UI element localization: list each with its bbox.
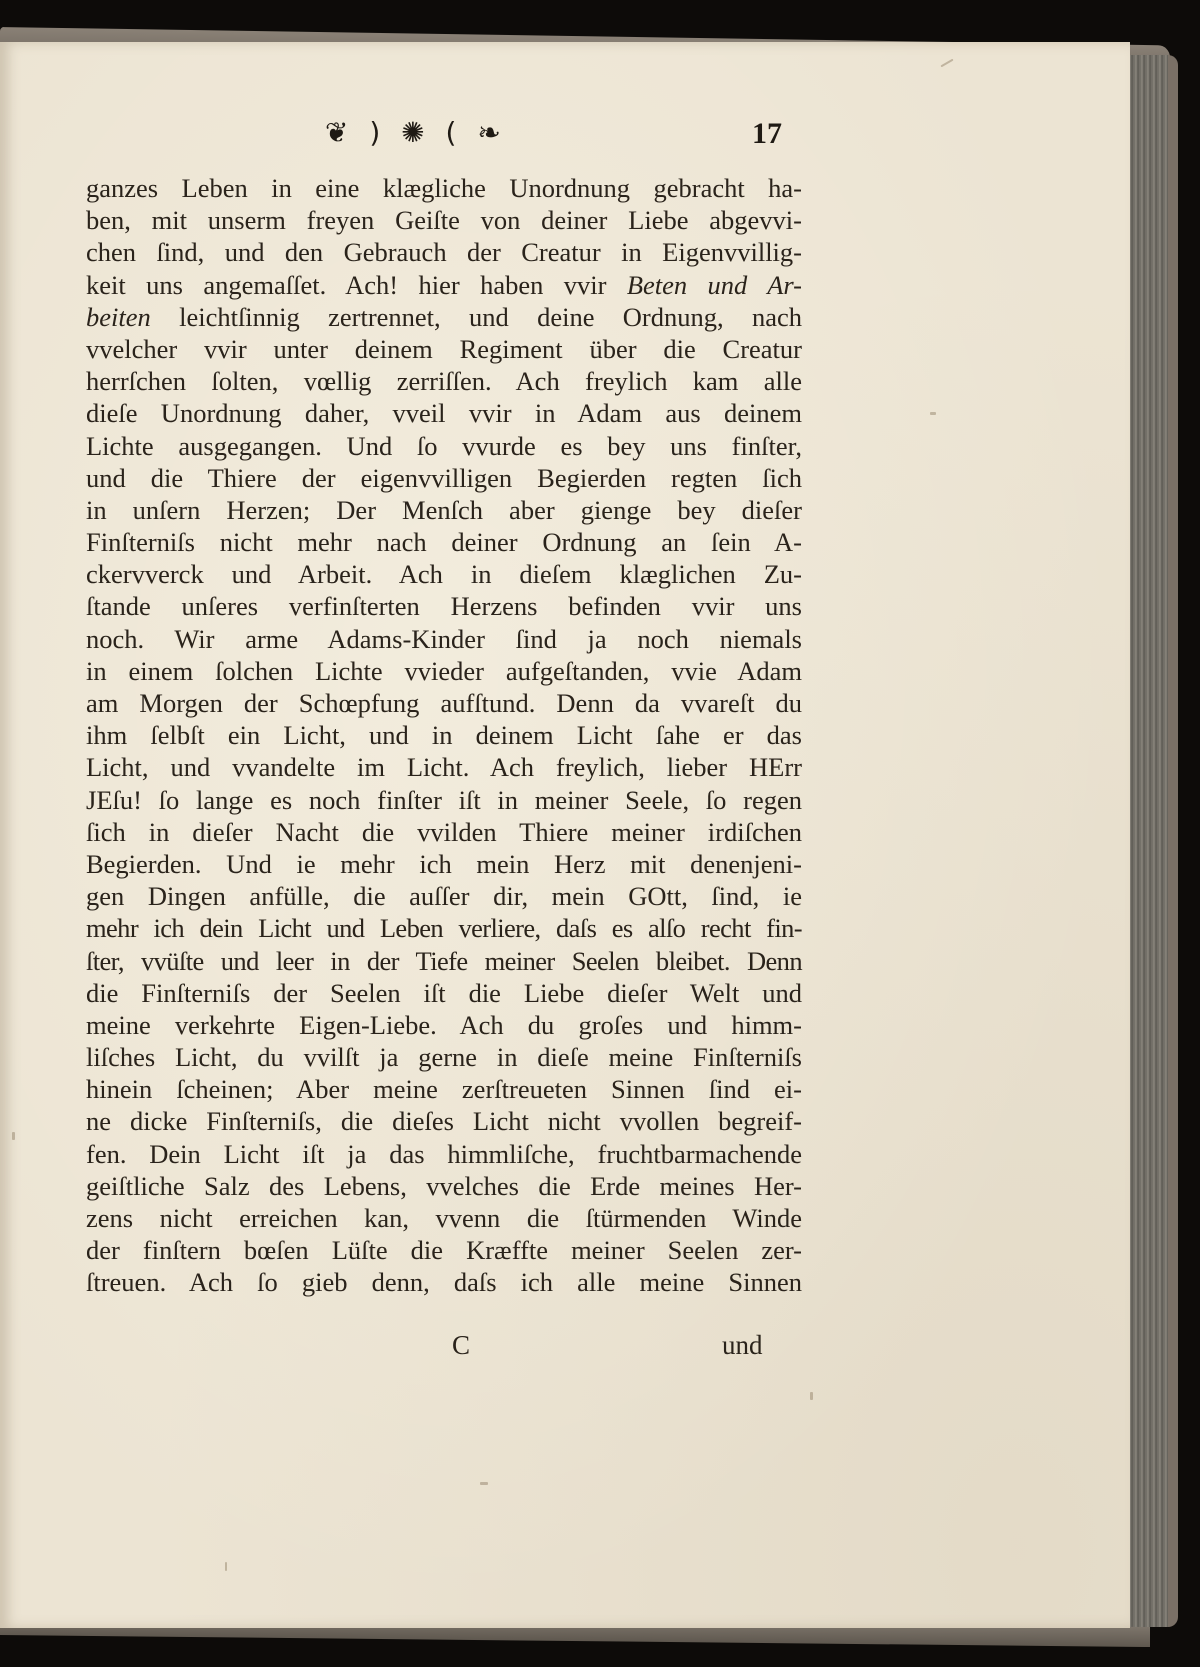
text-line: meine verkehrte Eigen-Liebe. Ach du groſ… (86, 1009, 802, 1041)
text-line: ihm ſelbſt ein Licht, und in deinem Lich… (86, 719, 802, 751)
paper-speck (810, 1392, 813, 1400)
catchword: und (722, 1330, 763, 1361)
paper-speck (930, 412, 936, 415)
text-line: mehr ich dein Licht und Leben verliere, … (86, 912, 802, 944)
text-line: ckervverck und Arbeit. Ach in dieſem klæ… (86, 558, 802, 590)
paper-speck (940, 59, 953, 68)
text-line: Lichte ausgegangen. Und ſo vvurde es bey… (86, 430, 802, 462)
text-line: liſches Licht, du vvilſt ja gerne in die… (86, 1041, 802, 1073)
text-line: Begierden. Und ie mehr ich mein Herz mit… (86, 848, 802, 880)
text-line: ſtande unſeres verfinſterten Herzens bef… (86, 590, 802, 622)
text-line: geiſtliche Salz des Lebens, vvelches die… (86, 1170, 802, 1202)
text-line: und die Thiere der eigenvvilligen Begier… (86, 462, 802, 494)
page-header: ❦ ) ✺ ( ❧ 17 (0, 112, 1130, 152)
text-line: in einem ſolchen Lichte vvieder aufgeſta… (86, 655, 802, 687)
text-line: Licht, und vvandelte im Licht. Ach freyl… (86, 751, 802, 783)
text-line: ſich in dieſer Nacht die vvilden Thiere … (86, 816, 802, 848)
text-line: noch. Wir arme Adams-Kinder ſind ja noch… (86, 623, 802, 655)
text-line: vvelcher vvir unter deinem Regiment über… (86, 333, 802, 365)
text-line: beiten leichtſinnig zertrennet, und dein… (86, 301, 802, 333)
text-line: gen Dingen anfülle, die auſſer dir, mein… (86, 880, 802, 912)
decorative-ornament-icon: ❦ ) ✺ ( ❧ (325, 116, 507, 149)
signature-mark: C (452, 1330, 470, 1361)
text-line: hinein ſcheinen; Aber meine zerſtreueten… (86, 1073, 802, 1105)
page-footer: C und (0, 1330, 1130, 1366)
text-line: dieſe Unordnung daher, vveil vvir in Ada… (86, 397, 802, 429)
text-line: zens nicht erreichen kan, vvenn die ſtür… (86, 1202, 802, 1234)
text-line: chen ſind, und den Gebrauch der Creatur … (86, 236, 802, 268)
text-line: ſter, vvüſte und leer in der Tiefe meine… (86, 945, 802, 977)
text-line: JEſu! ſo lange es noch finſter iſt in me… (86, 784, 802, 816)
text-line: keit uns angemaſſet. Ach! hier haben vvi… (86, 269, 802, 301)
text-line: die Finſterniſs der Seelen iſt die Liebe… (86, 977, 802, 1009)
paper-speck (12, 1132, 15, 1140)
text-line: ben, mit unserm freyen Geiſte von deiner… (86, 204, 802, 236)
body-text: ganzes Leben in eine klægliche Unordnung… (86, 172, 802, 1299)
paper-speck (225, 1562, 227, 1571)
text-line: ne dicke Finſterniſs, die dieſes Licht n… (86, 1105, 802, 1137)
text-line: fen. Dein Licht iſt ja das himmliſche, f… (86, 1138, 802, 1170)
text-line: in unſern Herzen; Der Menſch aber gienge… (86, 494, 802, 526)
text-line: ganzes Leben in eine klægliche Unordnung… (86, 172, 802, 204)
text-line: Finſterniſs nicht mehr nach deiner Ordnu… (86, 526, 802, 558)
text-line: ſtreuen. Ach ſo gieb denn, daſs ich alle… (86, 1266, 802, 1298)
text-segment: leichtſinnig zertrennet, und deine Ordnu… (151, 302, 802, 332)
italic-phrase: beiten (86, 302, 151, 332)
text-line: am Morgen der Schœpfung aufſtund. Denn d… (86, 687, 802, 719)
paper-speck (480, 1482, 488, 1485)
text-segment: keit uns angemaſſet. Ach! hier haben vvi… (86, 270, 627, 300)
text-line: der finſtern bœſen Lüſte die Kræffte mei… (86, 1234, 802, 1266)
text-line: herrſchen ſolten, vœllig zerriſſen. Ach … (86, 365, 802, 397)
book-page-edges (1128, 55, 1178, 1627)
italic-phrase: Beten und Ar- (627, 270, 802, 300)
page-number: 17 (752, 117, 782, 151)
